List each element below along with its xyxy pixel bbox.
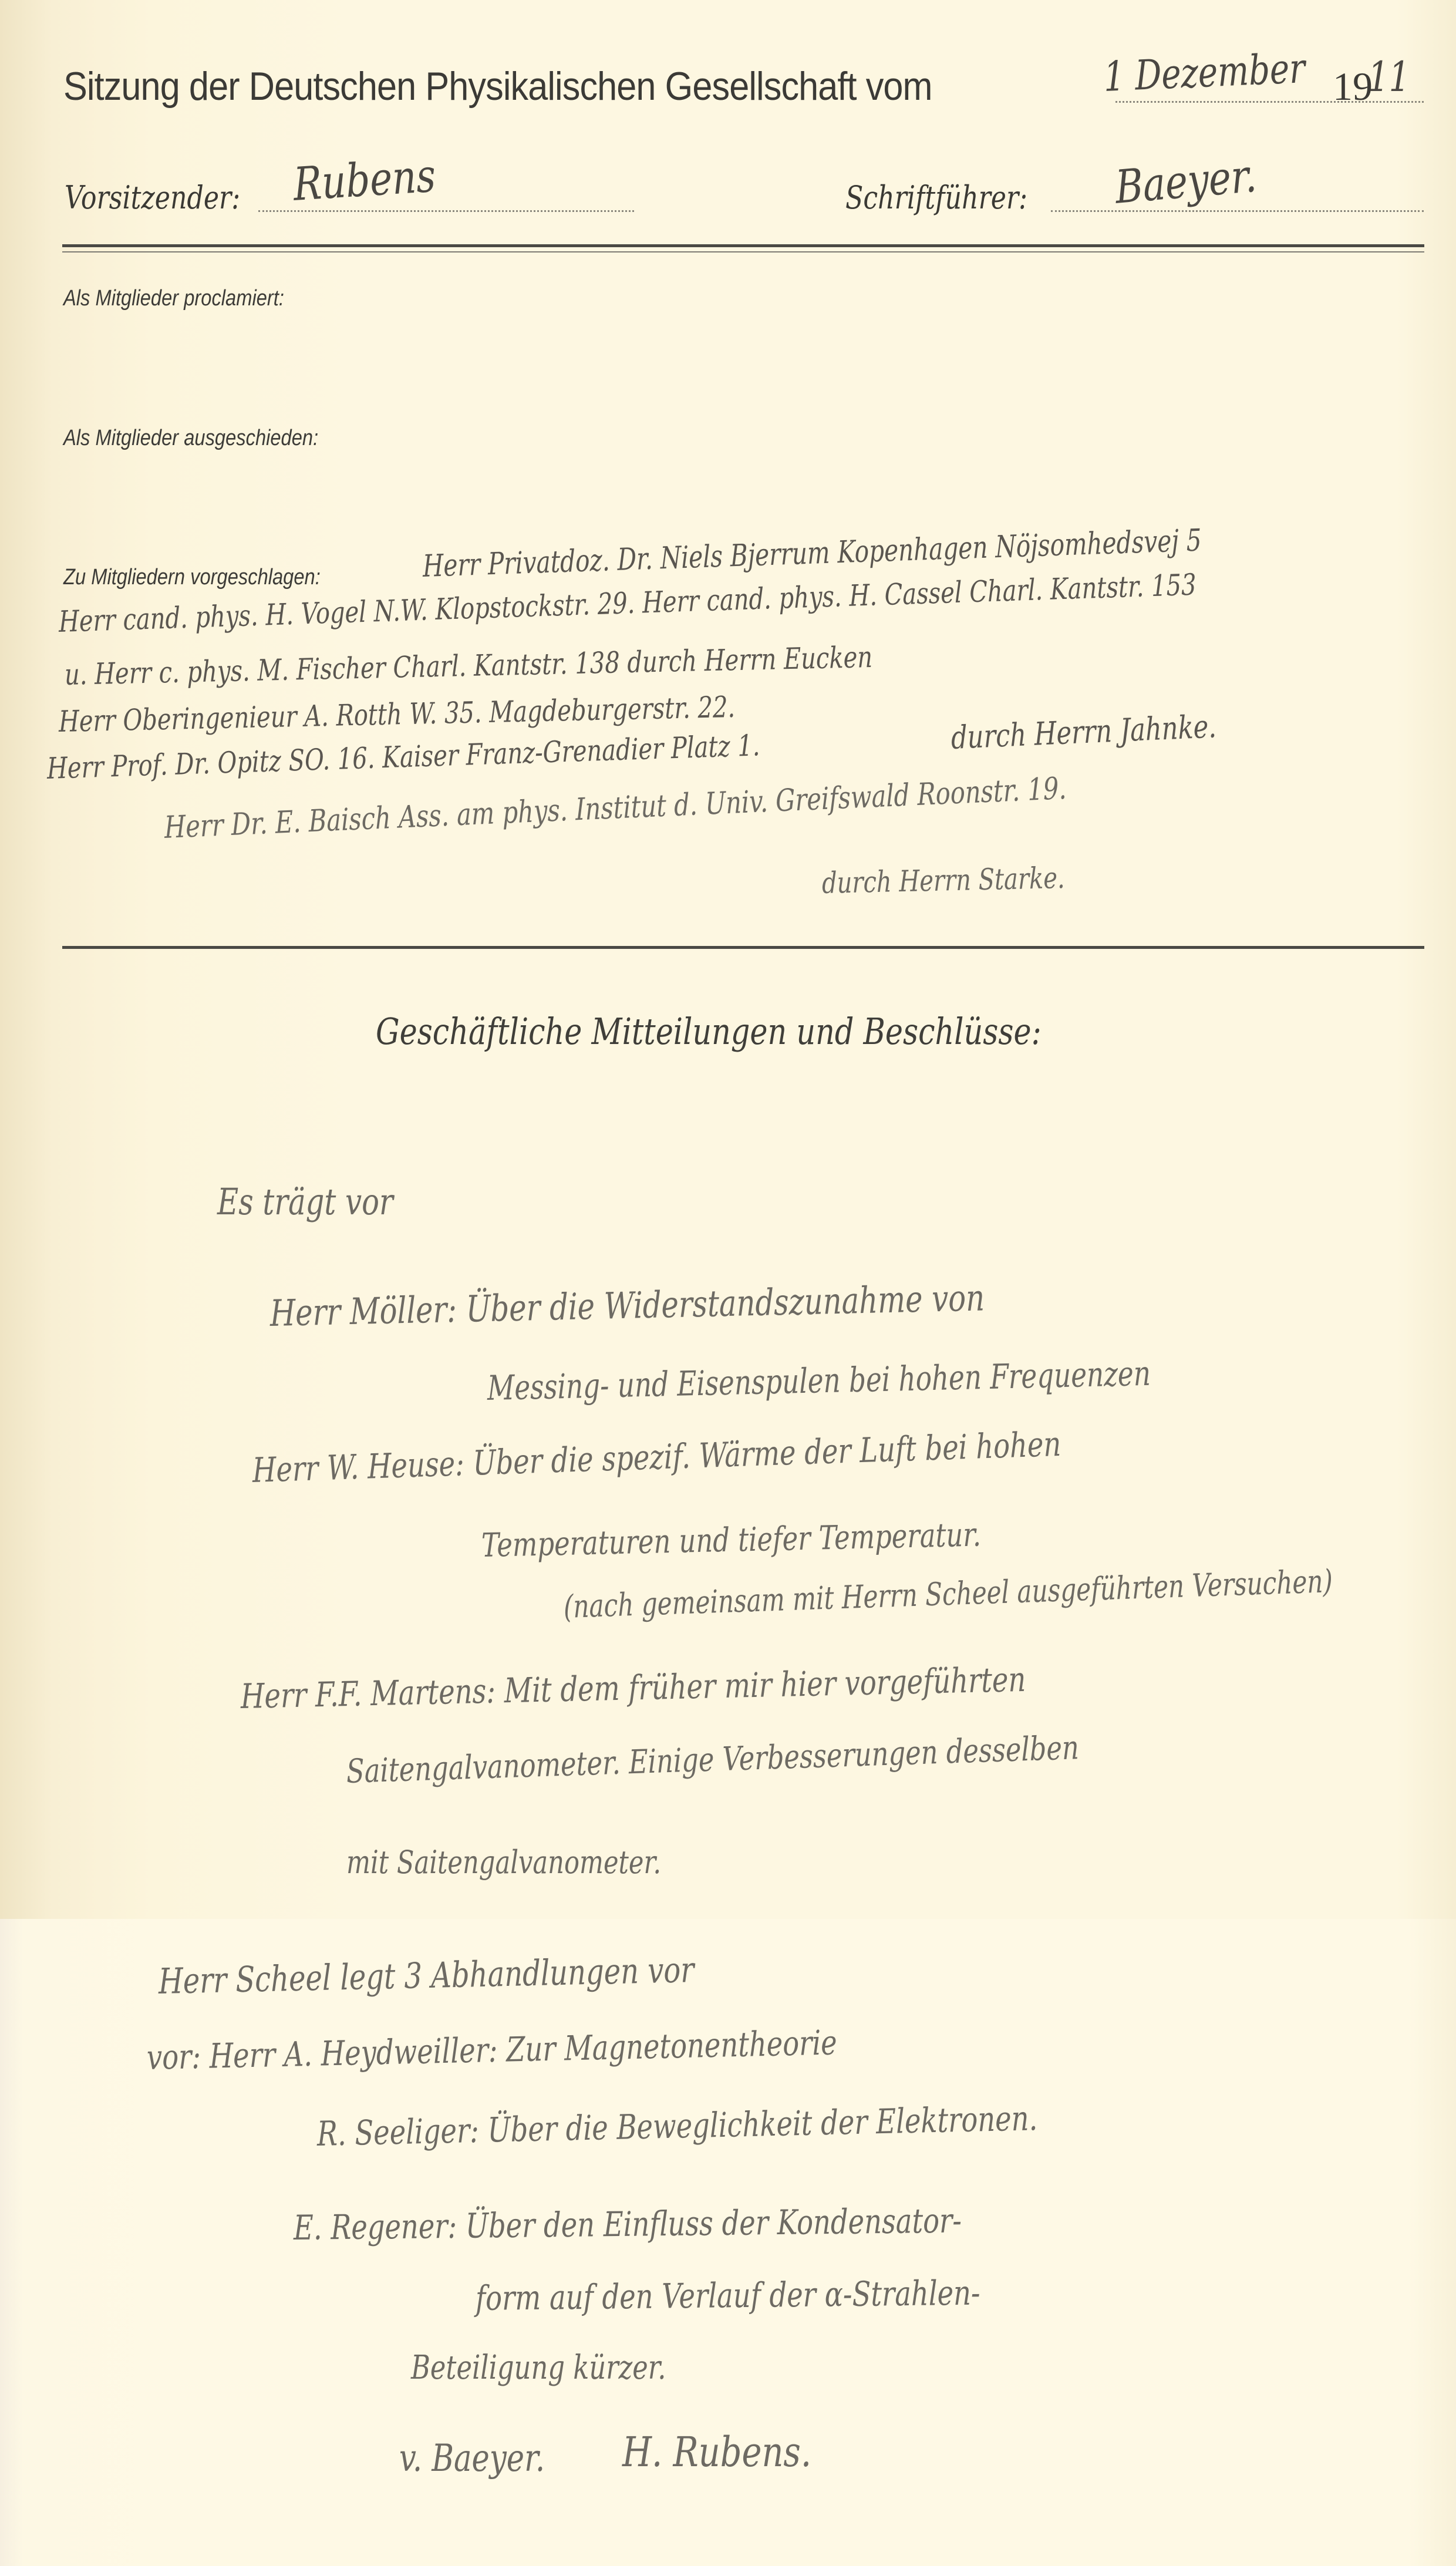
departed-label: Als Mitglieder ausgeschieden: <box>63 426 318 451</box>
proposed-label: Zu Mitgliedern vorgeschlagen: <box>63 565 321 590</box>
business-line: form auf den Verlauf der α-Strahlen- <box>476 2273 980 2318</box>
chair-signature: Rubens <box>292 150 437 211</box>
business-heading: Geschäftliche Mitteilungen und Beschlüss… <box>376 1010 1042 1053</box>
year-handwritten: 11 <box>1368 53 1410 101</box>
business-line: Es trägt vor <box>217 1180 393 1223</box>
date-handwritten: 1 Dezember <box>1103 44 1306 101</box>
secretary-dotted-line <box>1051 210 1424 212</box>
signature-chair: H. Rubens. <box>622 2428 811 2476</box>
chair-label: Vorsitzender: <box>65 179 240 216</box>
business-line: mit Saitengalvanometer. <box>346 1844 661 1881</box>
year-printed: 19 <box>1333 63 1373 110</box>
chair-dotted-line <box>258 210 634 212</box>
section-rule <box>62 946 1424 949</box>
business-line: Beteiligung kürzer. <box>411 2349 666 2387</box>
proclaimed-label: Als Mitglieder proclamiert: <box>63 286 284 311</box>
proposed-by-starke: durch Herrn Starke. <box>822 861 1065 900</box>
form-title: Sitzung der Deutschen Physikalischen Ges… <box>63 63 932 109</box>
header-rule-thick <box>62 244 1424 247</box>
signature-secretary: v. Baeyer. <box>399 2437 545 2480</box>
header-rule-thin <box>62 251 1424 252</box>
date-dotted-line <box>1115 101 1424 103</box>
secretary-label: Schriftführer: <box>845 179 1027 216</box>
business-line: E. Regener: Über den Einfluss der Konden… <box>294 2201 962 2248</box>
